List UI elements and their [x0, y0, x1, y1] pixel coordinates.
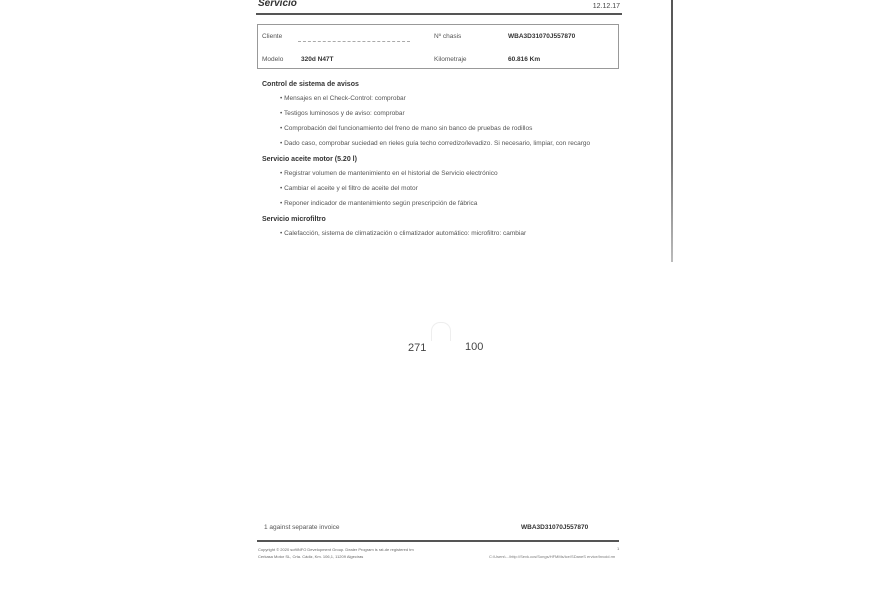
service-sections: Control de sistema de avisos Mensajes en… [262, 80, 622, 245]
section-title: Control de sistema de avisos [262, 80, 622, 89]
section-control-avisos: Control de sistema de avisos Mensajes en… [262, 80, 622, 148]
list-item: Testigos luminosos y de aviso: comprobar [280, 110, 622, 118]
cliente-label: Cliente [262, 33, 282, 40]
list-item: Comprobación del funcionamiento del fren… [280, 125, 622, 133]
page-edge-line [671, 0, 673, 262]
right-number: 100 [465, 341, 483, 353]
modelo-value: 320d N47T [301, 56, 334, 63]
footer-vin: WBA3D31070J557870 [521, 524, 588, 531]
page-number: 1 [617, 546, 619, 551]
vehicle-info-box: Cliente Nº chasis WBA3D31070J557870 Mode… [257, 24, 619, 69]
document-header: Servicio 12.12.17 [258, 0, 620, 14]
footer-note: 1 against separate invoice [264, 524, 340, 531]
list-item: Calefacción, sistema de climatización o … [280, 230, 622, 238]
document-date: 12.12.17 [593, 3, 620, 10]
cliente-redacted-value [298, 41, 410, 44]
kilometraje-value: 60.816 Km [508, 56, 540, 63]
list-item: Dado caso, comprobar suciedad en rieles … [280, 140, 605, 148]
kilometraje-label: Kilometraje [434, 56, 467, 63]
list-item: Registrar volumen de mantenimiento en el… [280, 170, 622, 178]
list-item: Mensajes en el Check-Control: comprobar [280, 95, 622, 103]
header-divider [256, 13, 622, 15]
list-item: Reponer indicador de mantenimiento según… [280, 200, 622, 208]
modelo-label: Modelo [262, 56, 283, 63]
file-path: C:\Users\...\http://Sevk.ccs/Songs/HFMMs… [489, 554, 621, 559]
document-title: Servicio [258, 0, 297, 9]
left-number: 271 [408, 342, 426, 354]
list-item: Cambiar el aceite y el filtro de aceite … [280, 185, 622, 193]
chasis-value: WBA3D31070J557870 [508, 33, 575, 40]
address-text: Cerkasa Motor SL, Crta. Cádiz, Km. 106,1… [258, 553, 458, 560]
section-title: Servicio aceite motor (5.20 l) [262, 155, 622, 164]
copyright-text: Copyright © 2020 softINFO Development Gr… [258, 546, 458, 553]
footer-divider [257, 540, 619, 542]
footer-copyright: Copyright © 2020 softINFO Development Gr… [258, 546, 458, 560]
section-title: Servicio microfiltro [262, 215, 622, 224]
loading-icon [431, 322, 451, 341]
chasis-label: Nº chasis [434, 33, 461, 40]
section-aceite-motor: Servicio aceite motor (5.20 l) Registrar… [262, 155, 622, 208]
section-microfiltro: Servicio microfiltro Calefacción, sistem… [262, 215, 622, 238]
